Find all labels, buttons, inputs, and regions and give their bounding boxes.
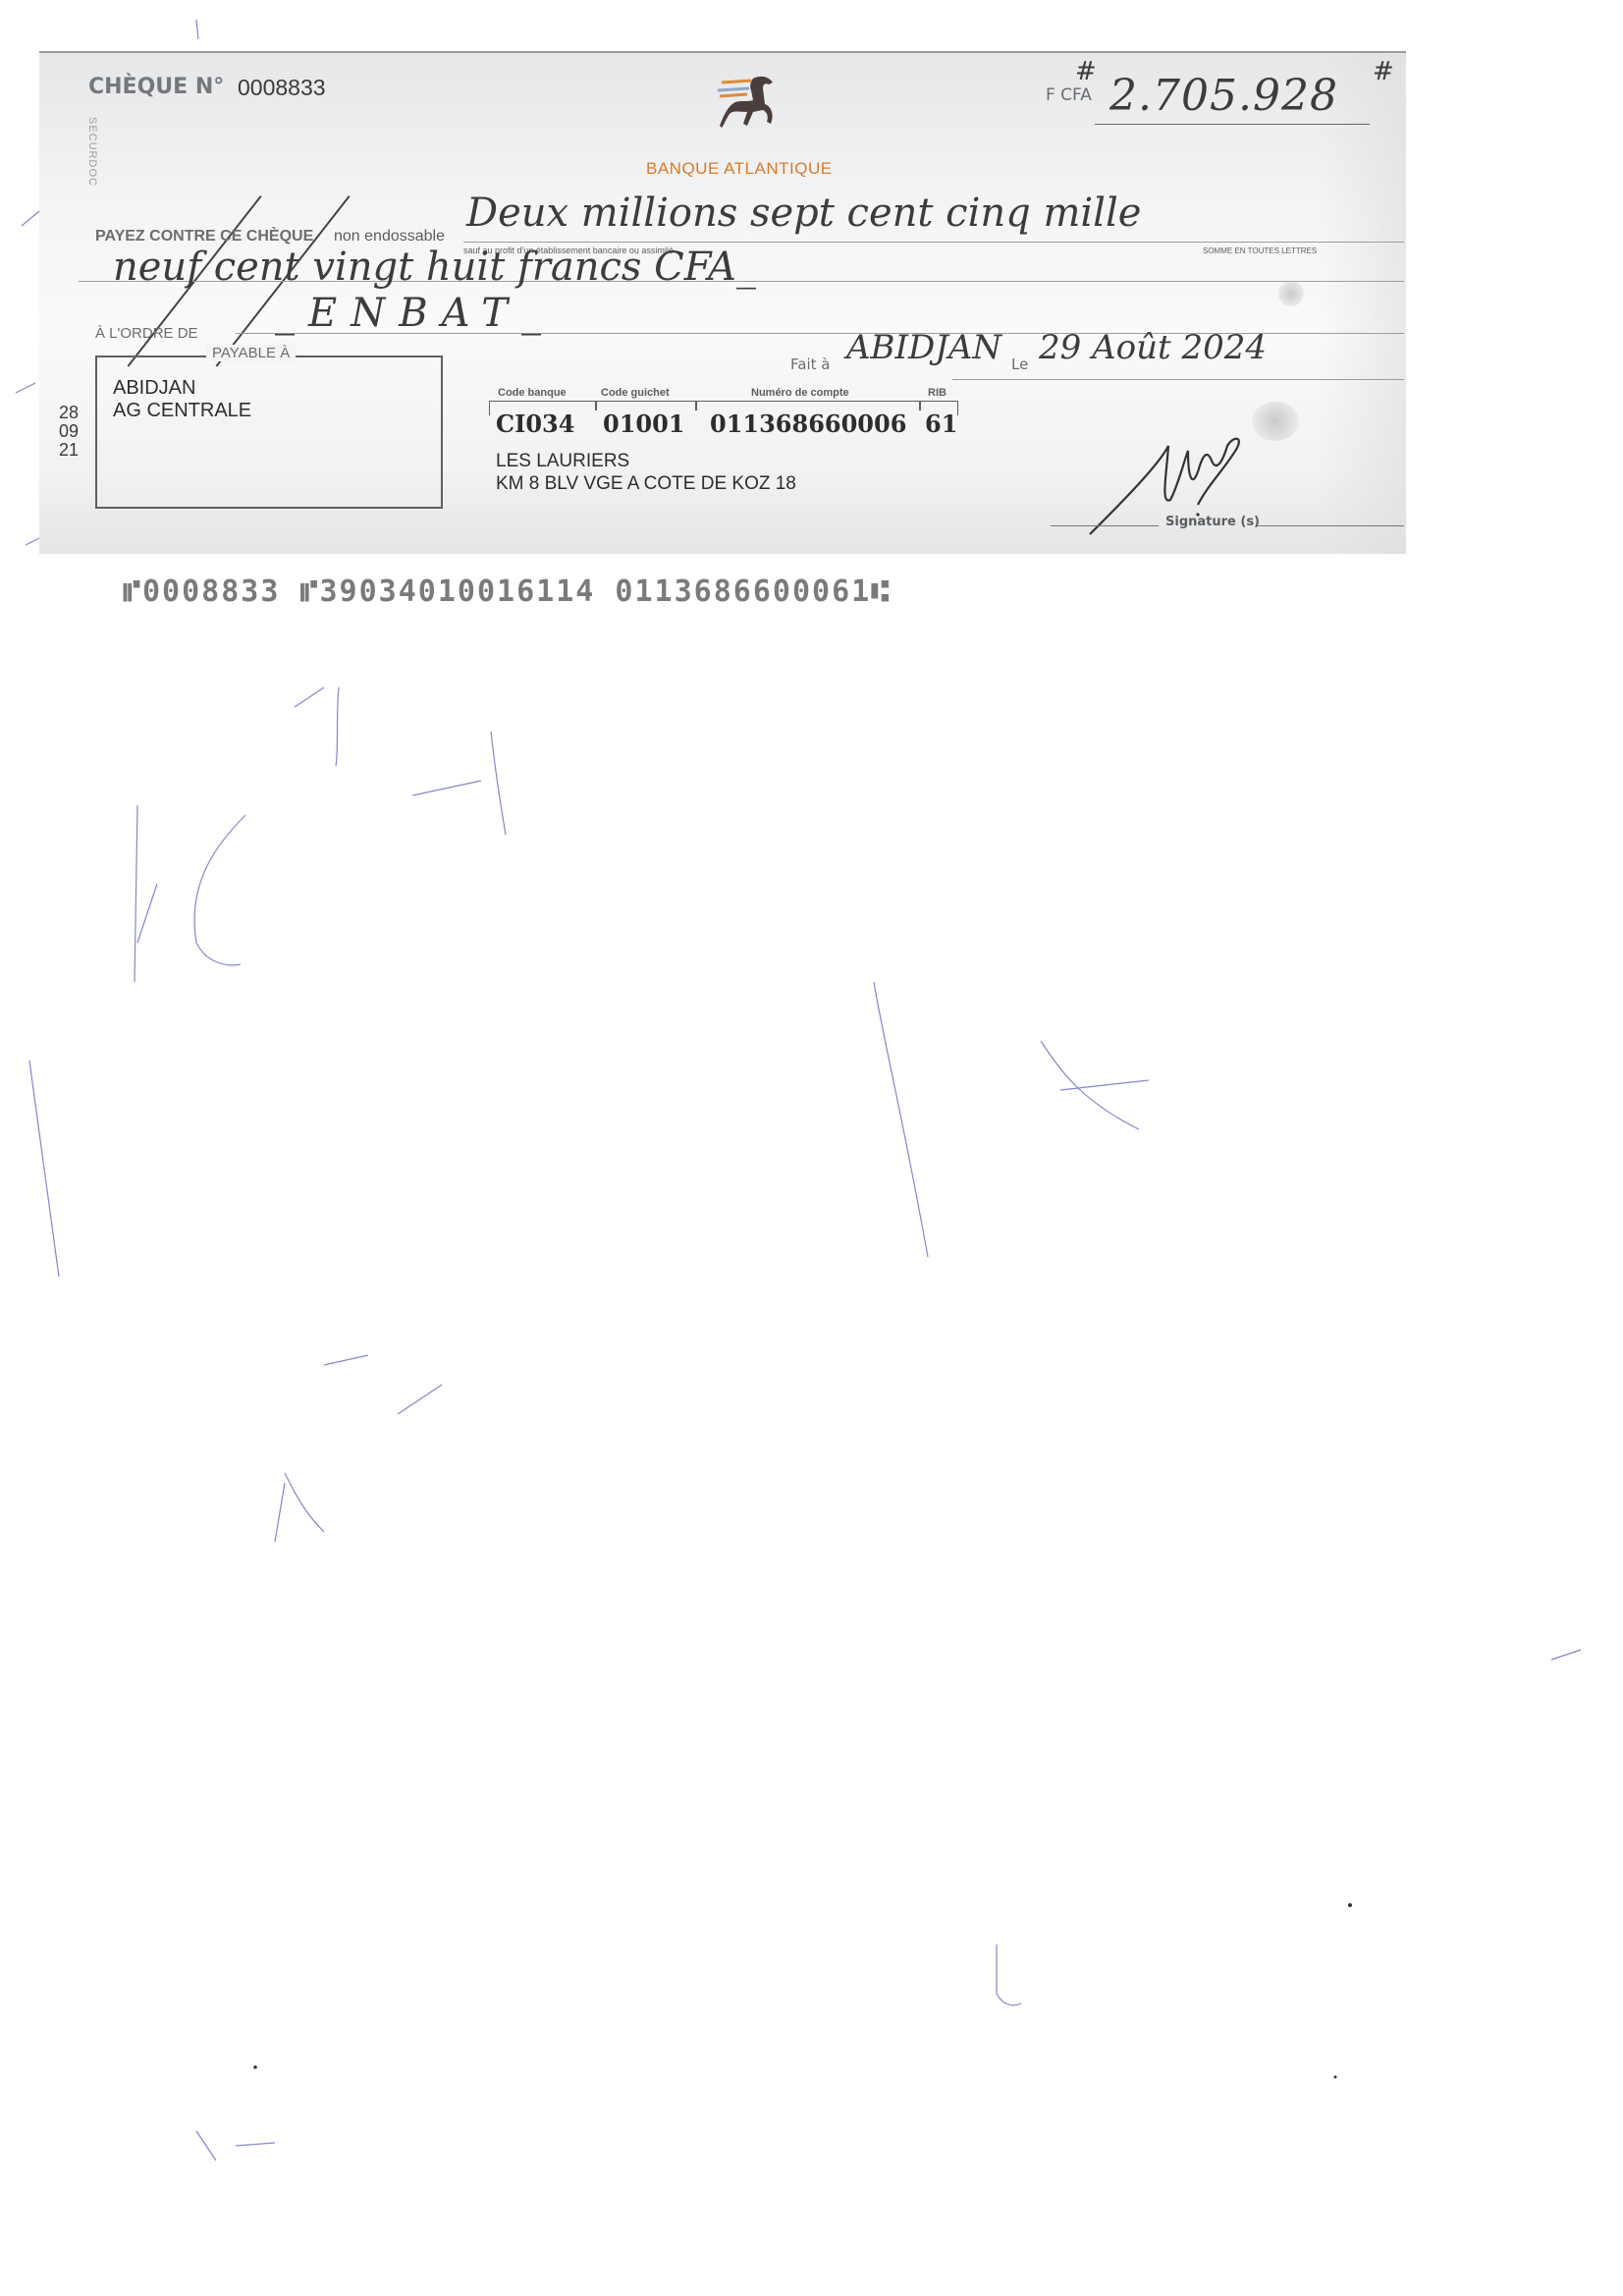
- branch-name: AG CENTRALE: [113, 400, 251, 422]
- non-endorsable-label: non endossable: [334, 228, 445, 246]
- date-line: [952, 379, 1404, 380]
- payee-label: À L'ORDRE DE: [95, 325, 198, 342]
- amount-suffix: #: [1373, 57, 1394, 86]
- signature-line: [1051, 525, 1159, 526]
- micr-line: ⑈0008833 ⑈39034010016114 0113686600061⑆: [123, 574, 891, 609]
- pay-label: PAYEZ CONTRE CE CHÈQUE: [95, 228, 313, 246]
- words-label: SOMME EN TOUTES LETTRES: [1203, 246, 1317, 255]
- amount-prefix: #: [1075, 57, 1097, 86]
- rib-header-bank-code: Code banque: [498, 387, 567, 399]
- date-value: 29 Août 2024: [1039, 328, 1267, 367]
- branch-address: ABIDJAN AG CENTRALE: [113, 377, 251, 422]
- payable-label: PAYABLE À: [206, 345, 296, 361]
- ink-smudge: [1278, 281, 1304, 306]
- holder-address: LES LAURIERS KM 8 BLV VGE A COTE DE KOZ …: [496, 450, 796, 495]
- security-print-text: SECURDOC: [86, 117, 98, 187]
- rib-divider: [595, 401, 597, 410]
- side-date-year: 21: [59, 441, 79, 460]
- place-value: ABIDJAN: [846, 328, 1001, 367]
- horse-logo-icon: [712, 71, 800, 139]
- bank-code: CI034: [496, 410, 574, 438]
- payee-name: _ENBAT_: [275, 291, 555, 336]
- rib-divider: [919, 401, 921, 410]
- currency-label: F CFA: [1046, 85, 1092, 105]
- cheque-number: 0008833: [238, 75, 326, 101]
- rib-header-account-number: Numéro de compte: [751, 387, 849, 399]
- branch-code: 01001: [603, 410, 685, 438]
- place-label: Fait à: [790, 355, 830, 373]
- amount-words-line-1: Deux millions sept cent cinq mille: [466, 191, 1141, 236]
- side-date: 28 09 21: [59, 404, 79, 460]
- branch-city: ABIDJAN: [113, 377, 251, 400]
- rib-header-branch-code: Code guichet: [601, 387, 670, 399]
- address-line-2: KM 8 BLV VGE A COTE DE KOZ 18: [496, 472, 796, 495]
- date-label: Le: [1011, 355, 1028, 373]
- bank-name: BANQUE ATLANTIQUE: [646, 159, 833, 179]
- amount-figures: 2.705.928: [1109, 71, 1338, 121]
- amount-line: [1095, 124, 1370, 125]
- cheque-number-label: CHÈQUE N°: [88, 75, 224, 99]
- amount-words-line-2: neuf cent vingt huit francs CFA_: [113, 245, 756, 290]
- words-line-1: [463, 242, 1404, 243]
- cheque: SECURDOC CHÈQUE N° 0008833 BANQUE ATLANT…: [39, 51, 1406, 554]
- side-date-month: 09: [59, 422, 79, 441]
- rib-key: 61: [925, 410, 957, 438]
- account-number: 011368660006: [710, 410, 906, 438]
- signature-line: [1257, 525, 1404, 526]
- address-line-1: LES LAURIERS: [496, 450, 796, 472]
- side-date-day: 28: [59, 404, 79, 422]
- rib-header-rib: RIB: [928, 387, 947, 399]
- rib-divider: [695, 401, 697, 410]
- signature-label: Signature (s): [1165, 515, 1260, 529]
